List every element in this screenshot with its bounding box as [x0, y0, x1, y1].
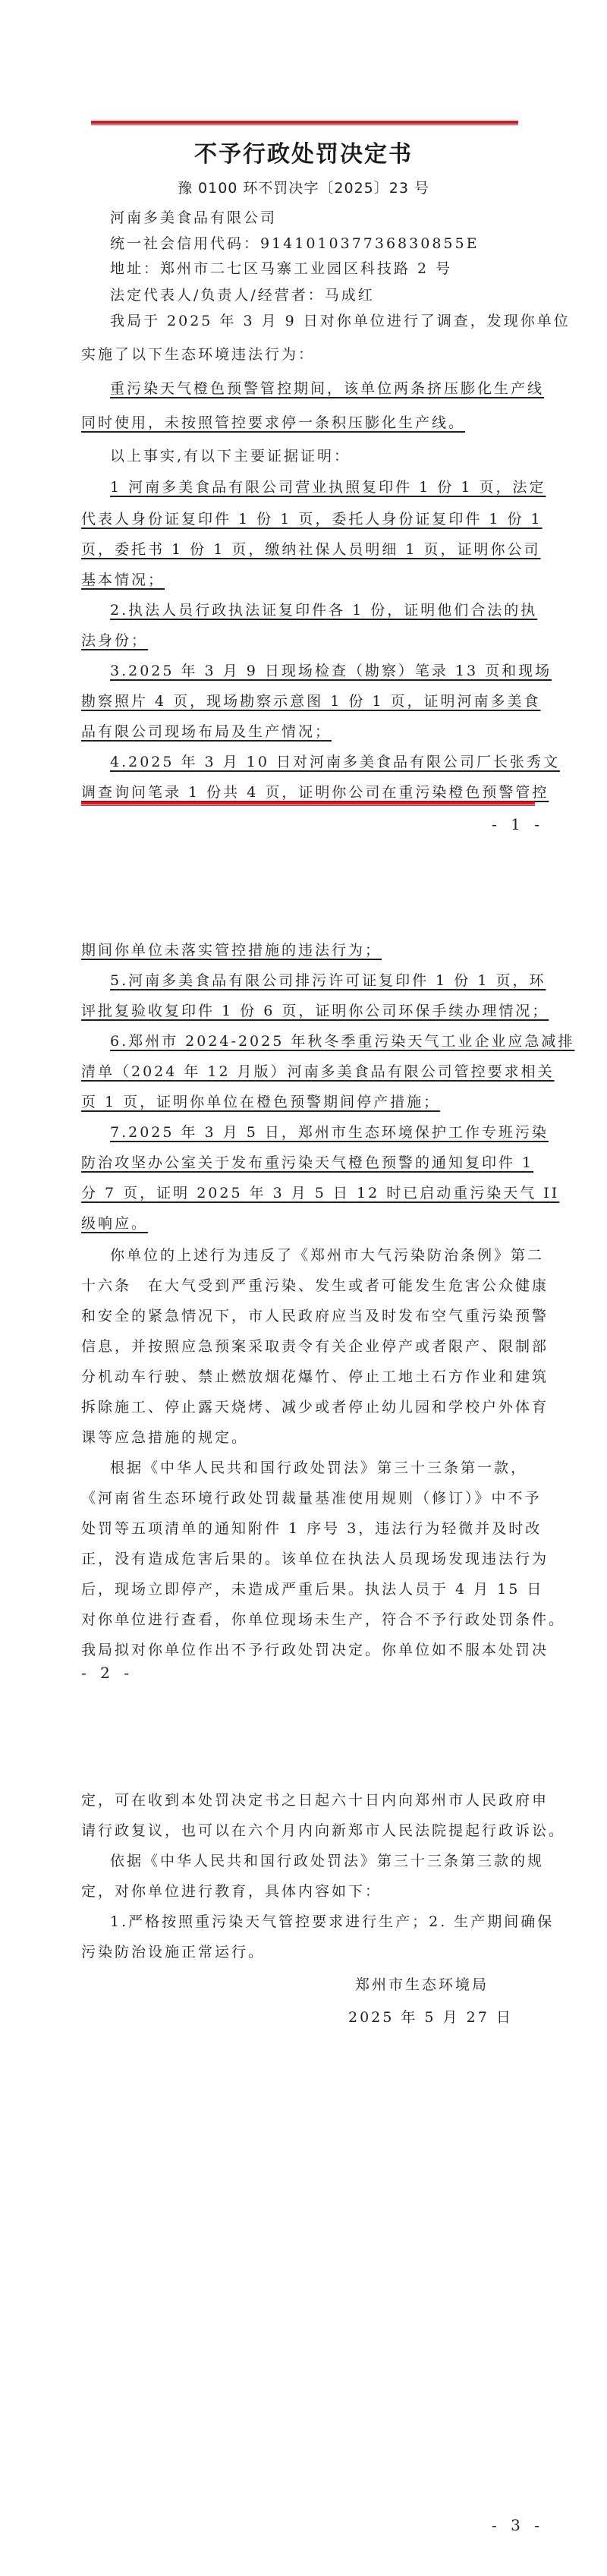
- evidence-line: 防治攻坚办公室关于发布重污染天气橙色预警的通知复印件 1: [81, 1154, 533, 1172]
- document-title: 不予行政处罚决定书: [0, 135, 607, 168]
- issuer-signature: 郑州市生态环境局: [355, 1976, 489, 1994]
- paragraph-line: 污染防治设施正常运行。: [81, 1943, 265, 1961]
- paragraph-line: 请行政复议，也可以在六个月内向新郑市人民法院提起行政诉讼。: [81, 1822, 565, 1840]
- evidence-line: 清单（2024 年 12 月版）河南多美食品有限公司管控要求相关: [81, 1063, 555, 1081]
- paragraph-line: 以上事实,有以下主要证据证明：: [110, 447, 351, 465]
- paragraph-line: 对你单位进行查看，你单位现场未生产，符合不予行政处罚条件。: [81, 1611, 565, 1629]
- evidence-line: 1 河南多美食品有限公司营业执照复印件 1 份 1 页，法定: [110, 478, 546, 496]
- evidence-line: 调查询问笔录 1 份共 4 页，证明你公司在重污染橙色预警管控: [81, 783, 549, 801]
- evidence-line: 基本情况；: [81, 571, 165, 589]
- evidence-line: 评批复验收复印件 1 份 6 页，证明你公司环保手续办理情况；: [81, 1002, 549, 1020]
- paragraph-line: 实施了以下生态环境违法行为：: [81, 345, 315, 364]
- paragraph-line: 《河南省生态环境行政处罚裁量基准使用规则（修订）》中不予: [81, 1489, 542, 1507]
- legal-representative: 法定代表人/负责人/经营者：马成红: [110, 286, 375, 304]
- paragraph-line: 我局拟对你单位作出不予行政处罚决定。你单位如不服本处罚决: [81, 1641, 549, 1659]
- document-number: 豫 0100 环不罚决字〔2025〕23 号: [0, 177, 607, 197]
- evidence-line: 法身份；: [81, 631, 148, 650]
- company-name: 河南多美食品有限公司: [110, 209, 277, 227]
- evidence-line: 6.郑州市 2024-2025 年秋冬季重污染天气工业企业应急减排: [110, 1032, 574, 1050]
- paragraph-line: 你单位的上述行为违反了《郑州市大气污染防治条例》第二: [110, 1246, 544, 1264]
- evidence-line: 4.2025 年 3 月 10 日对河南多美食品有限公司厂长张秀文: [110, 753, 560, 771]
- page-number: - 2 -: [81, 1664, 134, 1682]
- paragraph-line: 后，现场立即停产，未造成严重后果。执法人员于 4 月 15 日: [81, 1580, 543, 1598]
- paragraph-line: 和安全的紧急情况下，市人民政府应当及时发布空气重污染预警: [81, 1307, 549, 1325]
- paragraph-line: 定，可在收到本处罚决定书之日起六十日内向郑州市人民政府申: [81, 1791, 549, 1809]
- page-number: - 3 -: [492, 2516, 544, 2534]
- paragraph-line: 正，没有造成危害后果的。该单位在执法人员现场发现违法行为: [81, 1550, 549, 1568]
- paragraph-line: 信息，并按照应急预案采取责令有关企业停产或者限产、限制部: [81, 1337, 549, 1356]
- evidence-line: 2.执法人员行政执法证复印件各 1 份，证明他们合法的执: [110, 601, 537, 619]
- paragraph-line: 课等应急措施的规定。: [81, 1428, 248, 1447]
- evidence-line: 分 7 页，证明 2025 年 3 月 5 日 12 时已启动重污染天气 II: [81, 1184, 559, 1202]
- header-red-rule: [91, 121, 518, 125]
- paragraph-line: 十六条 在大气受到严重污染、发生或者可能发生危害公众健康: [81, 1277, 549, 1295]
- paragraph-line: 根据《中华人民共和国行政处罚法》第三十三条第一款，: [110, 1459, 527, 1477]
- paragraph-line: 处罚等五项清单的通知附件 1 序号 3，违法行为轻微并及时改: [81, 1519, 542, 1538]
- paragraph-line: 分机动车行驶、禁止燃放烟花爆竹、停止工地土石方作业和建筑: [81, 1368, 549, 1386]
- evidence-line: 勘察照片 4 页，现场勘察示意图 1 份 1 页，证明河南多美食: [81, 692, 541, 710]
- evidence-line: 5.河南多美食品有限公司排污许可证复印件 1 份 1 页，环: [110, 972, 546, 990]
- issue-date: 2025 年 5 月 27 日: [348, 2008, 513, 2026]
- paragraph-line: 依据《中华人民共和国行政处罚法》第三十三条第三款的规: [110, 1852, 544, 1870]
- evidence-line: 期间你单位未落实管控措施的违法行为；: [81, 941, 382, 959]
- page-3: 定，可在收到本处罚决定书之日起六十日内向郑州市人民政府申 请行政复议，也可以在六…: [0, 1746, 607, 2576]
- evidence-line: 页，委托书 1 份 1 页，缴纳社保人员明细 1 页，证明你公司: [81, 540, 541, 559]
- violation-line: 重污染天气橙色预警管控期间，该单位两条挤压膨化生产线: [110, 379, 544, 398]
- paragraph-line: 1.严格按照重污染天气管控要求进行生产；2. 生产期间确保: [110, 1913, 554, 1931]
- evidence-line: 3.2025 年 3 月 9 日现场检查（勘察）笔录 13 页和现场: [110, 662, 552, 680]
- evidence-line: 品有限公司现场布局及生产情况；: [81, 723, 332, 741]
- paragraph-line: 定，对你单位进行教育，具体内容如下：: [81, 1882, 382, 1901]
- address: 地址：郑州市二七区马寨工业园区科技路 2 号: [110, 260, 452, 278]
- page-number: - 1 -: [492, 815, 544, 833]
- evidence-line: 页 1 页，证明你单位在橙色预警期间停产措施；: [81, 1093, 440, 1111]
- evidence-line: 代表人身份证复印件 1 份 1 页，委托人身份证复印件 1 份 1: [81, 510, 543, 528]
- page-2: 期间你单位未落实管控措施的违法行为； 5.河南多美食品有限公司排污许可证复印件 …: [0, 850, 607, 1746]
- violation-line: 同时使用，未按照管控要求停一条积压膨化生产线。: [81, 414, 465, 432]
- paragraph-line: 我局于 2025 年 3 月 9 日对你单位进行了调查，发现你单位: [110, 312, 571, 330]
- evidence-line: 级响应。: [81, 1214, 148, 1233]
- credit-code: 统一社会信用代码：914101037736830855E: [110, 235, 479, 253]
- page-1: 不予行政处罚决定书 豫 0100 环不罚决字〔2025〕23 号 河南多美食品有…: [0, 0, 607, 850]
- paragraph-line: 拆除施工、停止露天烧烤、减少或者停止幼儿园和学校户外体育: [81, 1398, 549, 1416]
- evidence-line: 7.2025 年 3 月 5 日，郑州市生态环境保护工作专班污染: [110, 1123, 549, 1142]
- footer-red-rule: [81, 801, 535, 806]
